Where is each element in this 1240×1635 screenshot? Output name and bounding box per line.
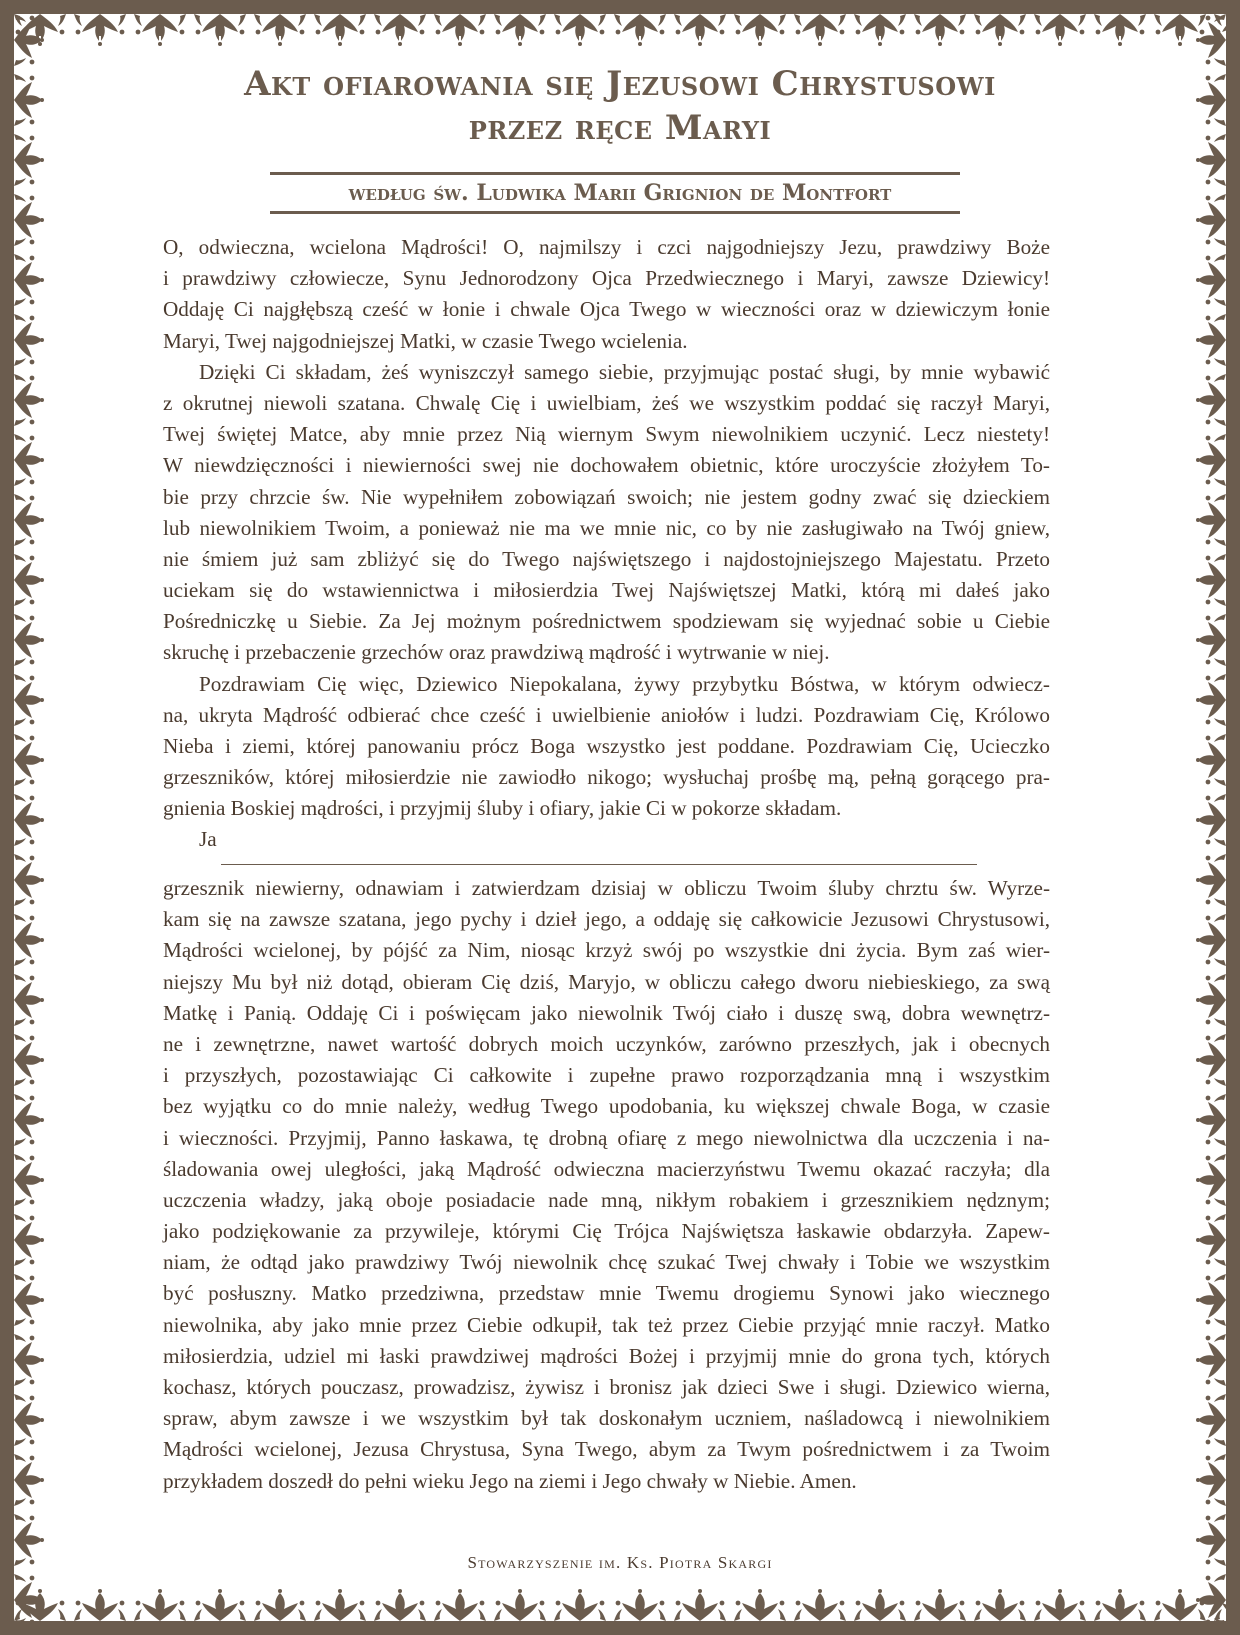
text-line: kochasz, których pouczasz, prowadzisz, ż… <box>163 1372 1050 1403</box>
name-field[interactable] <box>221 842 977 865</box>
text-line: lub niewolnikiem Twoim, a ponieważ nie m… <box>163 513 1050 544</box>
text-line: śladowania owej uległości, jaką Mądrość … <box>163 1154 1050 1185</box>
text-line: i wieczności. Przyjmij, Panno łaskawa, t… <box>163 1123 1050 1154</box>
text-line: skruchę i przebaczenie grzechów oraz pra… <box>163 637 1050 668</box>
subtitle: według św. Ludwika Marii Grignion de Mon… <box>200 177 1040 209</box>
text-line: Pozdrawiam Cię więc, Dziewico Niepokalan… <box>163 669 1050 700</box>
text-line: Maryi, Twej najgodniejszej Matki, w czas… <box>163 326 1050 357</box>
text-line: grzeszników, której miłosierdzie nie zaw… <box>163 762 1050 793</box>
text-line: W niewdzięczności i niewierności swej ni… <box>163 450 1050 481</box>
ornamental-border-top <box>10 10 1230 46</box>
text-line: grzesznik niewierny, odnawiam i zatwierd… <box>163 873 1050 904</box>
ornamental-border-right <box>1196 10 1230 1625</box>
text-line: i przyszłych, pozostawiając Ci całkowite… <box>163 1060 1050 1091</box>
text-line: bie przy chrzcie św. Nie wypełniłem zobo… <box>163 482 1050 513</box>
title-line-1: Akt ofiarowania się Jezusowi Chrystusowi <box>100 62 1140 106</box>
name-field-label: Ja <box>199 824 217 855</box>
prayer-part-1: O, odwieczna, wcielona Mądrości! O, najm… <box>163 232 1050 825</box>
text-line: niam, że odtąd jako prawdziwy Twój niewo… <box>163 1247 1050 1278</box>
text-line: i prawdziwy człowiecze, Synu Jednorodzon… <box>163 263 1050 294</box>
text-line: uciekam się do wstawiennictwa i miłosier… <box>163 575 1050 606</box>
name-fill-row: Ja <box>199 824 979 864</box>
text-line: O, odwieczna, wcielona Mądrości! O, najm… <box>163 232 1050 263</box>
ornamental-border-bottom <box>10 1589 1230 1625</box>
text-line: Dzięki Ci składam, żeś wyniszczył samego… <box>163 357 1050 388</box>
text-line: nie śmiem już sam zbliżyć się do Twego n… <box>163 544 1050 575</box>
prayer-part-2: grzesznik niewierny, odnawiam i zatwierd… <box>163 873 1050 1497</box>
text-line: kam się na zawsze szatana, jego pychy i … <box>163 904 1050 935</box>
ornamental-border-left <box>10 10 44 1625</box>
text-line: gnienia Boskiej mądrości, i przyjmij ślu… <box>163 793 1050 824</box>
text-line: Matkę i Panią. Oddaję Ci i poświęcam jak… <box>163 998 1050 1029</box>
text-line: być posłuszny. Matko przedziwna, przedst… <box>163 1278 1050 1309</box>
subtitle-rule-bottom <box>270 211 960 214</box>
text-line: na, ukryta Mądrość odbierać chce cześć i… <box>163 700 1050 731</box>
text-line: niewolnika, aby jako mnie przez Ciebie o… <box>163 1310 1050 1341</box>
text-line: Oddaję Ci najgłębszą cześć w łonie i chw… <box>163 294 1050 325</box>
text-line: jako podziękowanie za przywileje, którym… <box>163 1216 1050 1247</box>
text-line: Mądrości wcielonej, by pójść za Nim, nio… <box>163 935 1050 966</box>
text-line: z okrutnej niewoli szatana. Chwalę Cię i… <box>163 388 1050 419</box>
subtitle-rule-top <box>270 172 960 175</box>
text-line: Nieba i ziemi, której panowaniu prócz Bo… <box>163 731 1050 762</box>
text-line: uczczenia władzy, jaką oboje posiadacie … <box>163 1185 1050 1216</box>
text-line: ne i zewnętrzne, nawet wartość dobrych m… <box>163 1029 1050 1060</box>
text-line: Mądrości wcielonej, Jezusa Chrystusa, Sy… <box>163 1434 1050 1465</box>
text-line: niejszy Mu był niż dotąd, obieram Cię dz… <box>163 967 1050 998</box>
text-line: spraw, abym zawsze i we wszystkim był ta… <box>163 1403 1050 1434</box>
publisher-footer: Stowarzyszenie im. Ks. Piotra Skargi <box>200 1553 1040 1573</box>
text-line: miłosierdzia, udziel mi łaski prawdziwej… <box>163 1341 1050 1372</box>
text-line: bez wyjątku co do mnie należy, według Tw… <box>163 1091 1050 1122</box>
text-line: przykładem doszedł do pełni wieku Jego n… <box>163 1466 1050 1497</box>
page-title: Akt ofiarowania się Jezusowi Chrystusowi… <box>100 62 1140 150</box>
title-line-2: przez ręce Maryi <box>100 106 1140 150</box>
text-line: Pośredniczkę u Siebie. Za Jej możnym poś… <box>163 606 1050 637</box>
text-line: Twej świętej Matce, aby mnie przez Nią w… <box>163 419 1050 450</box>
